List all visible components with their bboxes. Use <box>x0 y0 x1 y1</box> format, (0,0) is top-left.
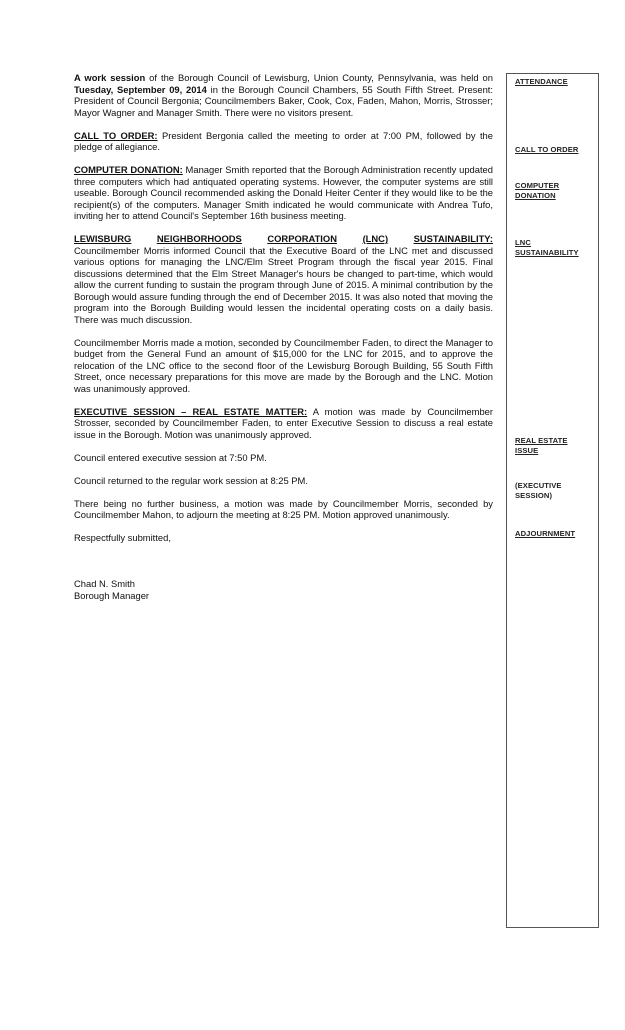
lnc-heading-word: SUSTAINABILITY: <box>414 233 493 245</box>
sidebar-label-lnc-sustainability: LNC SUSTAINABILITY <box>515 238 579 258</box>
sidebar-label-executive-session: (EXECUTIVE SESSION) <box>515 481 562 501</box>
topic-sidebar-box: ATTENDANCE CALL TO ORDER COMPUTER DONATI… <box>506 73 599 928</box>
sidebar-label-line: ATTENDANCE <box>515 77 568 87</box>
sidebar-label-line: ISSUE <box>515 446 568 456</box>
executive-session-paragraph: EXECUTIVE SESSION – REAL ESTATE MATTER: … <box>74 406 493 441</box>
sidebar-label-line: COMPUTER <box>515 181 559 191</box>
sidebar-label-line: REAL ESTATE <box>515 436 568 446</box>
sidebar-label-call-to-order: CALL TO ORDER <box>515 145 578 155</box>
minutes-page: A work session of the Borough Council of… <box>0 0 625 1030</box>
attendance-paragraph: A work session of the Borough Council of… <box>74 72 493 118</box>
lnc-text: Councilmember Morris informed Council th… <box>74 245 493 326</box>
executive-entered-paragraph: Council entered executive session at 7:5… <box>74 452 493 464</box>
call-to-order-heading: CALL TO ORDER: <box>74 130 158 141</box>
sidebar-label-line: CALL TO ORDER <box>515 145 578 155</box>
computer-donation-paragraph: COMPUTER DONATION: Manager Smith reporte… <box>74 164 493 222</box>
sidebar-label-real-estate-issue: REAL ESTATE ISSUE <box>515 436 568 456</box>
sidebar-label-line: ADJOURNMENT <box>515 529 575 539</box>
sidebar-label-line: SUSTAINABILITY <box>515 248 579 258</box>
minutes-body: A work session of the Borough Council of… <box>74 72 493 601</box>
executive-session-heading: EXECUTIVE SESSION – REAL ESTATE MATTER: <box>74 406 307 417</box>
lnc-heading-word: CORPORATION <box>267 233 337 245</box>
closing-line: Respectfully submitted, <box>74 532 493 544</box>
sidebar-label-line: (EXECUTIVE <box>515 481 562 491</box>
executive-returned-paragraph: Council returned to the regular work ses… <box>74 475 493 487</box>
sidebar-label-line: SESSION) <box>515 491 562 501</box>
computer-donation-heading: COMPUTER DONATION: <box>74 164 183 175</box>
attendance-text-1: of the Borough Council of Lewisburg, Uni… <box>145 72 493 83</box>
work-session-bold: A work session <box>74 72 145 83</box>
lnc-section: LEWISBURG NEIGHBORHOODS CORPORATION (LNC… <box>74 233 493 325</box>
signature-name: Chad N. Smith <box>74 578 493 590</box>
sidebar-label-line: DONATION <box>515 191 559 201</box>
sidebar-label-computer-donation: COMPUTER DONATION <box>515 181 559 201</box>
signature-gap <box>74 555 493 578</box>
signature-title: Borough Manager <box>74 590 493 602</box>
meeting-date: Tuesday, September 09, 2014 <box>74 84 207 95</box>
lnc-heading-word: NEIGHBORHOODS <box>157 233 242 245</box>
sidebar-label-line: LNC <box>515 238 579 248</box>
sidebar-label-adjournment: ADJOURNMENT <box>515 529 575 539</box>
lnc-heading-word: LEWISBURG <box>74 233 131 245</box>
lnc-heading-word: (LNC) <box>363 233 389 245</box>
call-to-order-paragraph: CALL TO ORDER: President Bergonia called… <box>74 130 493 153</box>
lnc-motion-paragraph: Councilmember Morris made a motion, seco… <box>74 337 493 395</box>
lnc-heading: LEWISBURG NEIGHBORHOODS CORPORATION (LNC… <box>74 233 493 245</box>
sidebar-label-attendance: ATTENDANCE <box>515 77 568 87</box>
adjournment-paragraph: There being no further business, a motio… <box>74 498 493 521</box>
